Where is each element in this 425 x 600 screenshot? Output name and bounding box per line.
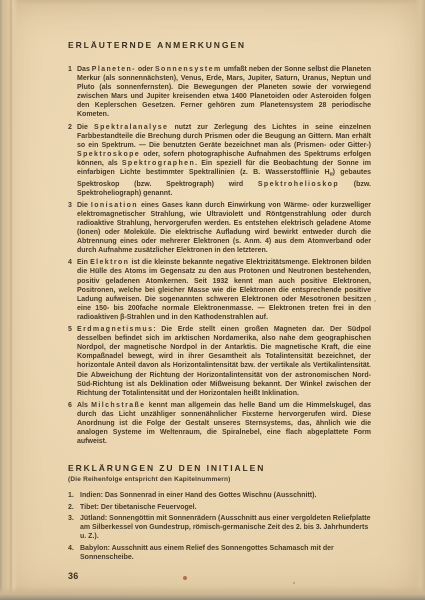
page-content: ERLÄUTERNDE ANMERKUNGEN 1Das Planeten- o…	[68, 40, 371, 581]
red-stain-speck	[183, 576, 187, 580]
page-top-edge	[0, 0, 425, 5]
annotation-text: Ein Elektron ist die kleinste bekannte n…	[77, 259, 371, 321]
annotation-text: Erdmagnetismus: Die Erde stellt einen gr…	[77, 326, 371, 397]
initials-item-number: 2.	[68, 503, 74, 512]
dust-speck	[374, 300, 376, 302]
annotation-item: 1Das Planeten- oder Sonnensystem umfaßt …	[68, 65, 371, 120]
section-annotations: ERLÄUTERNDE ANMERKUNGEN 1Das Planeten- o…	[68, 40, 371, 446]
annotation-item: 3Die Ionisation eines Gases kann durch E…	[68, 201, 371, 256]
annotation-text: Als Milchstraße kennt man allgemein das …	[77, 402, 371, 445]
annotation-item: 2Die Spektralanalyse nutzt zur Zerlegung…	[68, 123, 371, 198]
section-initials-subtitle: (Die Reihenfolge entspricht den Kapiteln…	[68, 476, 371, 483]
page-bottom-edge	[0, 586, 425, 600]
initials-list: 1.Indien: Das Sonnenrad in einer Hand de…	[68, 491, 371, 562]
initials-item-number: 3.	[68, 514, 74, 523]
dust-speck	[293, 582, 295, 584]
annotation-item: 5Erdmagnetismus: Die Erde stellt einen g…	[68, 325, 371, 398]
page-number: 36	[68, 571, 371, 581]
page-right-edge	[415, 0, 425, 600]
annotation-item: 6Als Milchstraße kennt man allgemein das…	[68, 401, 371, 446]
annotation-item: 4Ein Elektron ist die kleinste bekannte …	[68, 258, 371, 322]
initials-item-text: Indien: Das Sonnenrad in einer Hand des …	[80, 492, 316, 499]
initials-item-text: Tibet: Der tibetanische Feuervogel.	[80, 504, 197, 511]
initials-item: 3.Jütland: Sonnengöttin mit Sonnenrädern…	[68, 514, 371, 542]
annotation-number: 4	[68, 258, 72, 267]
initials-item: 4.Babylon: Ausschnitt aus einem Relief d…	[68, 544, 371, 563]
initials-item-number: 1.	[68, 491, 74, 500]
annotation-number: 3	[68, 201, 72, 210]
scanned-book-page: ERLÄUTERNDE ANMERKUNGEN 1Das Planeten- o…	[0, 0, 425, 600]
page-binding-edge	[0, 0, 18, 600]
annotation-text: Das Planeten- oder Sonnensystem umfaßt n…	[77, 66, 371, 118]
initials-item-number: 4.	[68, 544, 74, 553]
section-initials-title: ERKLÄRUNGEN ZU DEN INITIALEN	[68, 463, 371, 473]
initials-item-text: Babylon: Ausschnitt aus einem Relief des…	[80, 545, 334, 561]
annotation-text: Die Spektralanalyse nutzt zur Zerlegung …	[77, 124, 371, 197]
initials-item: 2.Tibet: Der tibetanische Feuervogel.	[68, 503, 371, 512]
annotation-number: 6	[68, 401, 72, 410]
section-initials: ERKLÄRUNGEN ZU DEN INITIALEN (Die Reihen…	[68, 463, 371, 562]
initials-item-text: Jütland: Sonnengöttin mit Sonnenrädern (…	[80, 515, 371, 541]
annotation-number: 1	[68, 65, 72, 74]
section-annotations-title: ERLÄUTERNDE ANMERKUNGEN	[68, 40, 371, 50]
annotation-number: 2	[68, 123, 72, 132]
annotations-list: 1Das Planeten- oder Sonnensystem umfaßt …	[68, 65, 371, 446]
initials-item: 1.Indien: Das Sonnenrad in einer Hand de…	[68, 491, 371, 500]
annotation-number: 5	[68, 325, 72, 334]
annotation-text: Die Ionisation eines Gases kann durch Ei…	[77, 202, 371, 254]
